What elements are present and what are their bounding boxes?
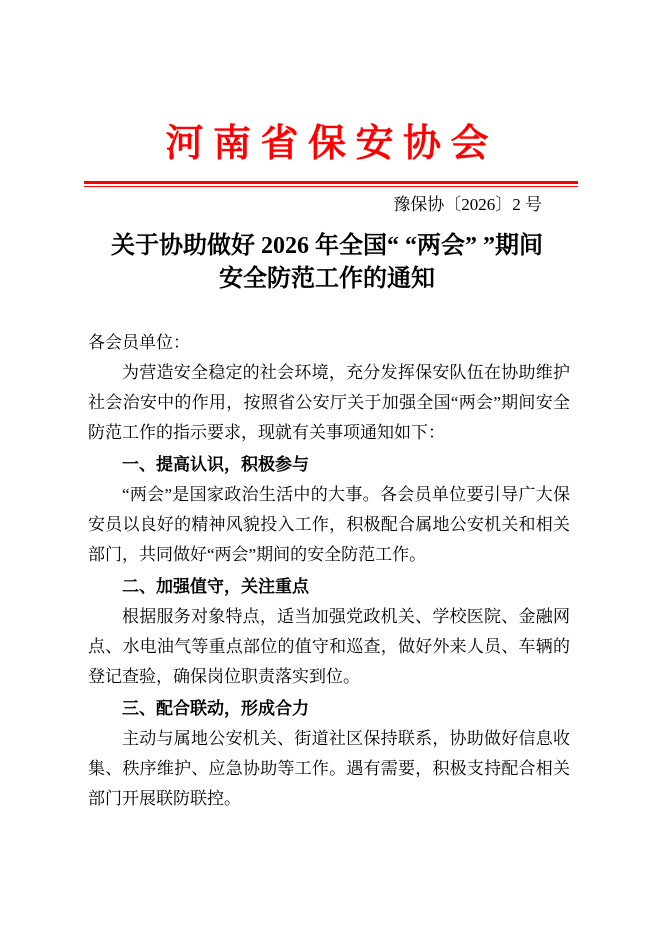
- document-title-line1: 关于协助做好 2026 年全国“ “两会” ”期间: [0, 230, 654, 263]
- section-1-paragraph: “两会”是国家政治生活中的大事。各会员单位要引导广大保安员以良好的精神风貌投入工…: [88, 480, 570, 570]
- document-title-line2: 安全防范工作的通知: [0, 263, 654, 296]
- document-body: 各会员单位： 为营造安全稳定的社会环境，充分发挥保安队伍在协助维护社会治安中的作…: [88, 328, 570, 814]
- intro-paragraph: 为营造安全稳定的社会环境，充分发挥保安队伍在协助维护社会治安中的作用，按照省公安…: [88, 358, 570, 448]
- section-3-heading: 三、配合联动，形成合力: [88, 694, 570, 724]
- section-2-paragraph: 根据服务对象特点，适当加强党政机关、学校医院、金融网点、水电油气等重点部位的值守…: [88, 602, 570, 692]
- document-page: 河 南 省 保 安 协 会 豫保协〔2026〕2 号 关于协助做好 2026 年…: [0, 0, 654, 926]
- salutation: 各会员单位：: [88, 328, 570, 358]
- section-3-paragraph: 主动与属地公安机关、街道社区保持联系，协助做好信息收集、秩序维护、应急协助等工作…: [88, 724, 570, 814]
- document-number: 豫保协〔2026〕2 号: [0, 194, 654, 216]
- section-1-heading: 一、提高认识，积极参与: [88, 450, 570, 480]
- letterhead-red-rule: [84, 181, 578, 187]
- letterhead-org-name: 河 南 省 保 安 协 会: [0, 122, 654, 166]
- document-title: 关于协助做好 2026 年全国“ “两会” ”期间 安全防范工作的通知: [0, 230, 654, 296]
- section-2-heading: 二、加强值守，关注重点: [88, 572, 570, 602]
